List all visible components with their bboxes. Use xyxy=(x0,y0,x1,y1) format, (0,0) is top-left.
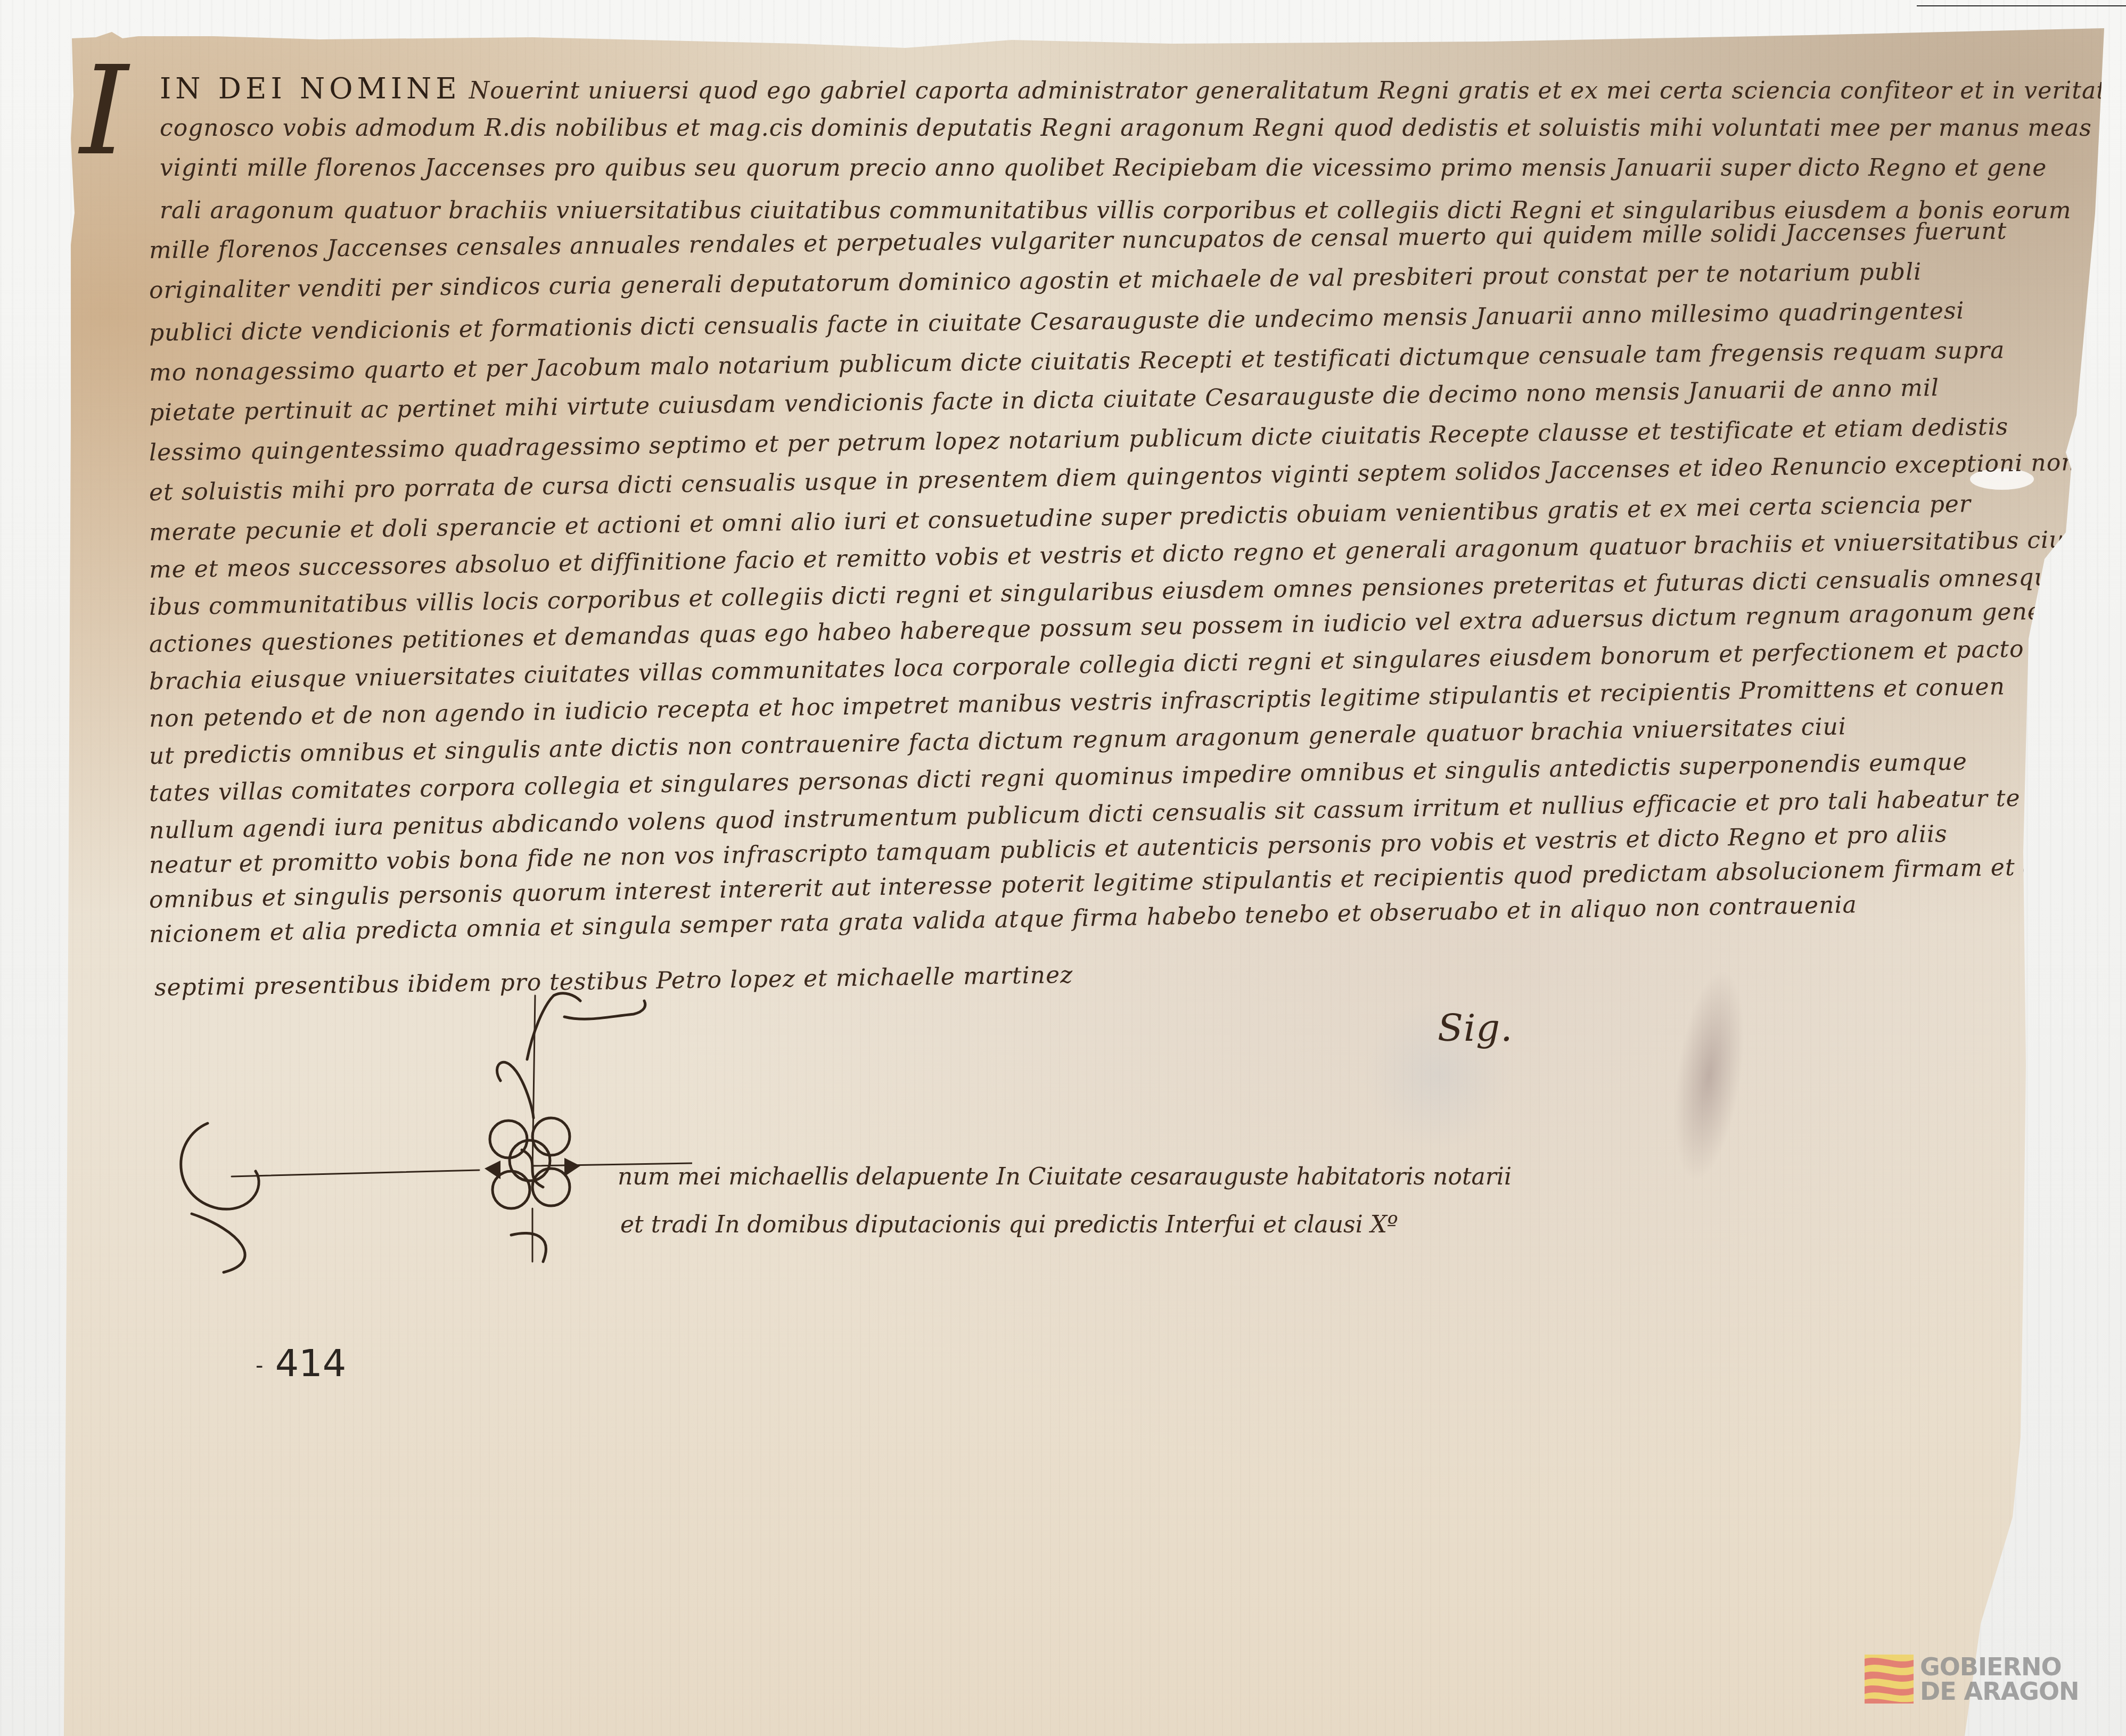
archive-folio-number: - 414 xyxy=(256,1342,346,1385)
text-line: mille florenos Jaccenses censales annual… xyxy=(149,217,2007,264)
text-line: IN DEI NOMINE Nouerint uniuersi quod ego… xyxy=(160,72,2023,105)
ink-smudge xyxy=(1663,966,1756,1186)
watermark-text: GOBIERNO DE ARAGON xyxy=(1920,1655,2079,1704)
gobierno-de-aragon-watermark: GOBIERNO DE ARAGON xyxy=(1865,1655,2079,1704)
notarial-sign-icon xyxy=(160,985,692,1283)
notary-subscription-line: et tradi In domibus diputacionis qui pre… xyxy=(620,1211,1398,1238)
aragon-flag-icon xyxy=(1865,1655,1914,1704)
text-line: publici dicte vendicionis et formationis… xyxy=(149,297,1965,347)
parchment-sheet: I IN DEI NOMINE Nouerint uniuersi quod e… xyxy=(0,0,2126,1736)
text-line: originaliter venditi per sindicos curia … xyxy=(149,258,1922,304)
invocation-heading: IN DEI NOMINE xyxy=(160,72,461,105)
witness-signature: Sig. xyxy=(1438,1006,1513,1050)
text-line: cognosco vobis admodum R.dis nobilibus e… xyxy=(160,114,2092,142)
illuminated-drop-cap: I xyxy=(80,51,128,173)
notary-subscription-line: num mei michaellis delapuente In Ciuitat… xyxy=(618,1163,1512,1190)
scan-edge-line xyxy=(1917,5,2126,6)
text-line: viginti mille florenos Jaccenses pro qui… xyxy=(160,154,2047,182)
